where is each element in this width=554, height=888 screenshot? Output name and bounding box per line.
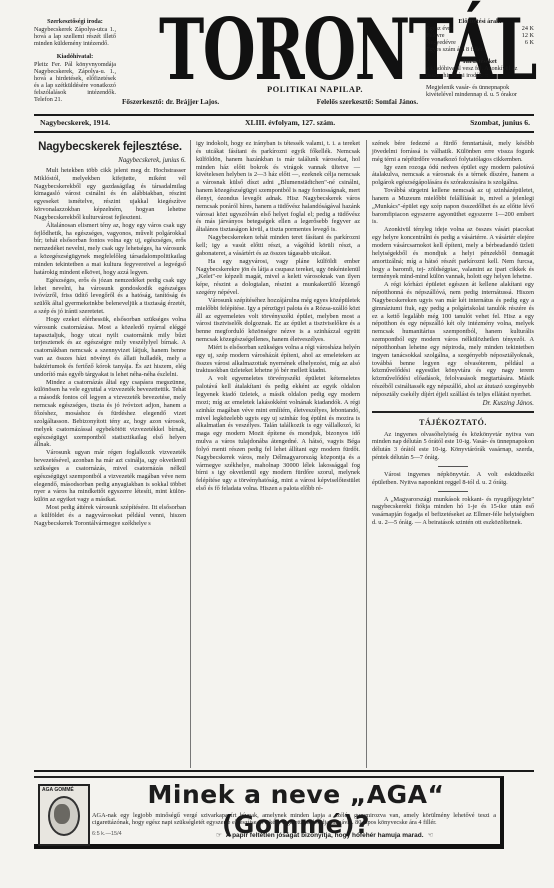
paragraph: Városunk ugyan már régen foglalkozik viz… bbox=[34, 449, 186, 504]
single-issue-price: Egyes szám ára 8 fillér. bbox=[426, 46, 534, 53]
masthead-subscription-info: Előfizetési árak: Egész évre 24 K Félévr… bbox=[426, 18, 534, 103]
dateline: Nagybecskerek, 1914. XLIII. évfolyam, 12… bbox=[40, 118, 530, 127]
masthead-rule-bottom bbox=[34, 131, 534, 133]
paragraph: Egészséges, erős és józan nemzedéket ped… bbox=[34, 277, 186, 316]
publisher-heading: Kiadóhivatal: bbox=[34, 53, 116, 60]
newspaper-page: Szerkesztőségi iroda: Nagybecskerek Zápo… bbox=[0, 0, 554, 888]
paragraph: Általánosan elismert tény az, hogy egy v… bbox=[34, 222, 186, 277]
volume-issue: XLIII. évfolyam, 127. szám. bbox=[245, 118, 335, 127]
paragraph: Most pedig áttérek városunk szépítésére.… bbox=[34, 504, 186, 528]
notice-item: Városi ingyenes népkönyvtár. A volt eskü… bbox=[372, 471, 534, 487]
article-signature: Dr. Kuszing János. bbox=[372, 400, 534, 408]
paragraph: Továbbá sürgetni kellene nemcsak az uj s… bbox=[372, 187, 534, 226]
office-text: Nagybecskerek Zápolya-utca 1., hová a la… bbox=[34, 26, 116, 47]
notice-divider bbox=[438, 466, 468, 467]
newspaper-title: TORONTÁL bbox=[159, 10, 393, 92]
price-row: Negyedévre 6 K bbox=[426, 39, 534, 46]
paragraph: A volt egyemeletes törvényszéki épületet… bbox=[196, 375, 360, 493]
notice-item: A „Magyarországi munkások rokkant- és ny… bbox=[372, 496, 534, 527]
ad-body: AGA-nak egy legjobb minőségű vergé sziva… bbox=[92, 812, 496, 826]
portrait-stamp-icon: AGA GOMMÉ bbox=[38, 784, 90, 846]
office-heading: Szerkesztőségi iroda: bbox=[34, 18, 116, 25]
paragraph: Igy ezen rozoga ódú nedves épület egy mo… bbox=[372, 164, 534, 188]
paragraph: Mindez a csatornázás által egy csapásra … bbox=[34, 379, 186, 450]
responsible-editor: Felelős szerkesztő: Somfai János. bbox=[317, 98, 418, 106]
paragraph: Hogy ezeket elérhessük, elsősorban szüks… bbox=[34, 316, 186, 379]
masthead-rule-top bbox=[34, 114, 534, 116]
column-divider bbox=[366, 140, 367, 768]
chief-editor: Főszerkesztő: dr. Brájjer Lajos. bbox=[122, 98, 219, 106]
paragraph: Azonkivül tényleg ideje volna az összes … bbox=[372, 226, 534, 281]
place-year: Nagybecskerek, 1914. bbox=[40, 118, 110, 127]
ads-text: a kiadóhivatal vesz fel. Azonkívül az ös… bbox=[426, 65, 534, 79]
prices-heading: Előfizetési árak: bbox=[426, 18, 534, 25]
aga-advertisement: AGA GOMMÉ Minek a neve „AGA“ (Gommé)? AG… bbox=[34, 776, 504, 849]
publishing-schedule: Megjelenik vasár- és ünnepnapok kivételé… bbox=[426, 84, 534, 98]
editors-line: Főszerkesztő: dr. Brájjer Lajos. Felelős… bbox=[122, 98, 418, 106]
column-divider bbox=[190, 140, 191, 768]
paragraph: Mult hetekben több cikk jelent meg dr. H… bbox=[34, 167, 186, 222]
notice-divider bbox=[438, 491, 468, 492]
ads-heading: Hirdetéseket bbox=[426, 58, 534, 65]
article-headline: Nagybecskerek fejlesztése. bbox=[34, 140, 186, 154]
article-column-1: Nagybecskerek fejlesztése. Nagybecskerek… bbox=[34, 140, 186, 528]
price-row: Egész évre 24 K bbox=[426, 25, 534, 32]
newspaper-subtitle: POLITIKAI NAPILAP. bbox=[190, 84, 440, 94]
article-column-2: igy indokolt, hogy ez irányban is tétess… bbox=[196, 140, 360, 493]
paragraph: A régi kórházi épületet egészen át kelle… bbox=[372, 281, 534, 399]
notice-item: Az ingyenes olvasóhelyiség és közkönyvtá… bbox=[372, 431, 534, 462]
columns-bottom-rule bbox=[34, 770, 534, 772]
ad-code: 6:5 k.—15/4 bbox=[92, 831, 122, 837]
paragraph: szének bére fedezné a fürdő fenntartását… bbox=[372, 140, 534, 164]
section-rule bbox=[372, 411, 534, 413]
issue-date: Szombat, junius 6. bbox=[470, 118, 530, 127]
article-column-3: szének bére fedezné a fürdő fenntartását… bbox=[372, 140, 534, 527]
notices-title: TÁJÉKOZTATÓ. bbox=[372, 419, 534, 427]
article-dateplace: Nagybecskerek, junius 6. bbox=[34, 157, 186, 165]
paragraph: Városunk szépítéséhez hozzájárulna még e… bbox=[196, 297, 360, 344]
price-row: Félévre 12 K bbox=[426, 32, 534, 39]
pointing-hand-right-icon: ☞ bbox=[216, 832, 222, 839]
pointing-hand-left-icon: ☜ bbox=[428, 832, 434, 839]
masthead-office-info: Szerkesztőségi iroda: Nagybecskerek Zápo… bbox=[34, 18, 116, 109]
publisher-text: Pleitz Fer. Pál könyvnyomdája Nagybecske… bbox=[34, 61, 116, 103]
ad-tagline: ☞A papír feltétlen jóságát bizonyítja, h… bbox=[212, 831, 437, 839]
paragraph: Miért is elsősorban szükséges volna a ré… bbox=[196, 344, 360, 375]
paragraph: Nagybecskereken tehát minden teret fásít… bbox=[196, 234, 360, 258]
paragraph: igy indokolt, hogy ez irányban is tétess… bbox=[196, 140, 360, 234]
paragraph: Ha egy nagyvárosi, vagy pláne külföldi e… bbox=[196, 258, 360, 297]
